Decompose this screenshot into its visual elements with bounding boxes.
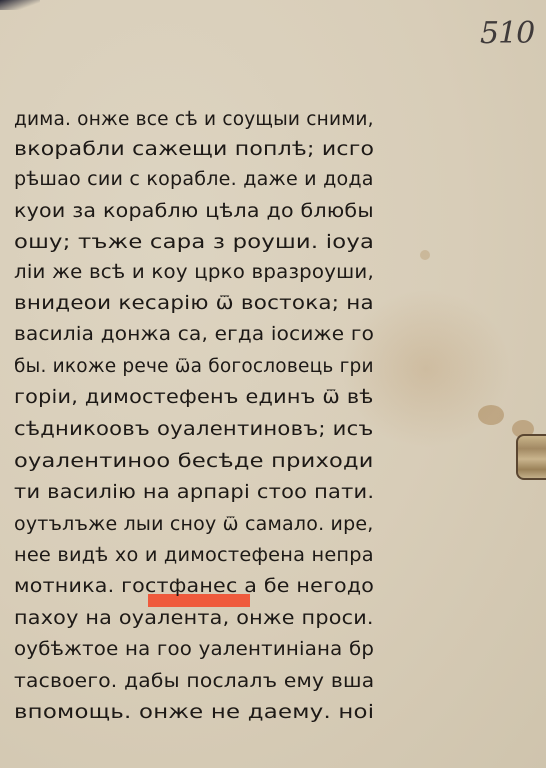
text-line: сѣдникоовъ оуалентиновъ; исъ [14, 418, 374, 440]
text-line: горіи, димостефенъ единъ ѿ вѣ [14, 386, 374, 408]
text-line: василіа донжа са, егда іосиже го [14, 323, 374, 345]
text-line: мотника. гостфанес а бе негодо [14, 575, 374, 597]
text-line: куои за кораблю цѣла до блюбы [14, 200, 374, 222]
text-line: ошу; тъже сара з роуши. іоуа [14, 231, 374, 253]
text-line: впомощь. онже не даему. ноі [14, 701, 374, 723]
text-line: оутълъже лыи сноу ѿ самало. ире, [14, 513, 374, 535]
text-line: тасвоего. дабы послалъ ему вша [14, 670, 374, 692]
corner-shadow [0, 0, 40, 10]
page-tab-marker [516, 434, 546, 480]
text-line: бы. икоже рече ѿа богословець гри [14, 355, 374, 377]
folio-number: 510 [480, 16, 534, 51]
foxing-stain [478, 405, 504, 425]
text-line: рѣшао сии с корабле. даже и дода [14, 168, 374, 190]
text-line: оубѣжтое на гоо уалентиніана бр [14, 638, 374, 660]
foxing-stain [420, 250, 430, 260]
text-line: ти василію на арпарі стоо пати. [14, 481, 374, 503]
text-line: оуалентиноо бесѣде приходи [14, 450, 374, 472]
text-line: вкорабли сажещи поплѣ; исго [14, 138, 374, 160]
manuscript-page: 510 дима. онже все сѣ и соущыи сними, вк… [0, 0, 546, 768]
text-line: дима. онже все сѣ и соущыи сними, [14, 108, 374, 130]
text-line: нее видѣ хо и димостефена непра [14, 544, 374, 566]
text-line: пахоу на оуалента, онже проси. [14, 607, 374, 629]
text-line: внидеои кесарію ѿ востока; на [14, 292, 374, 314]
text-line: ліи же всѣ и коу црко вразроуши, [14, 261, 374, 283]
